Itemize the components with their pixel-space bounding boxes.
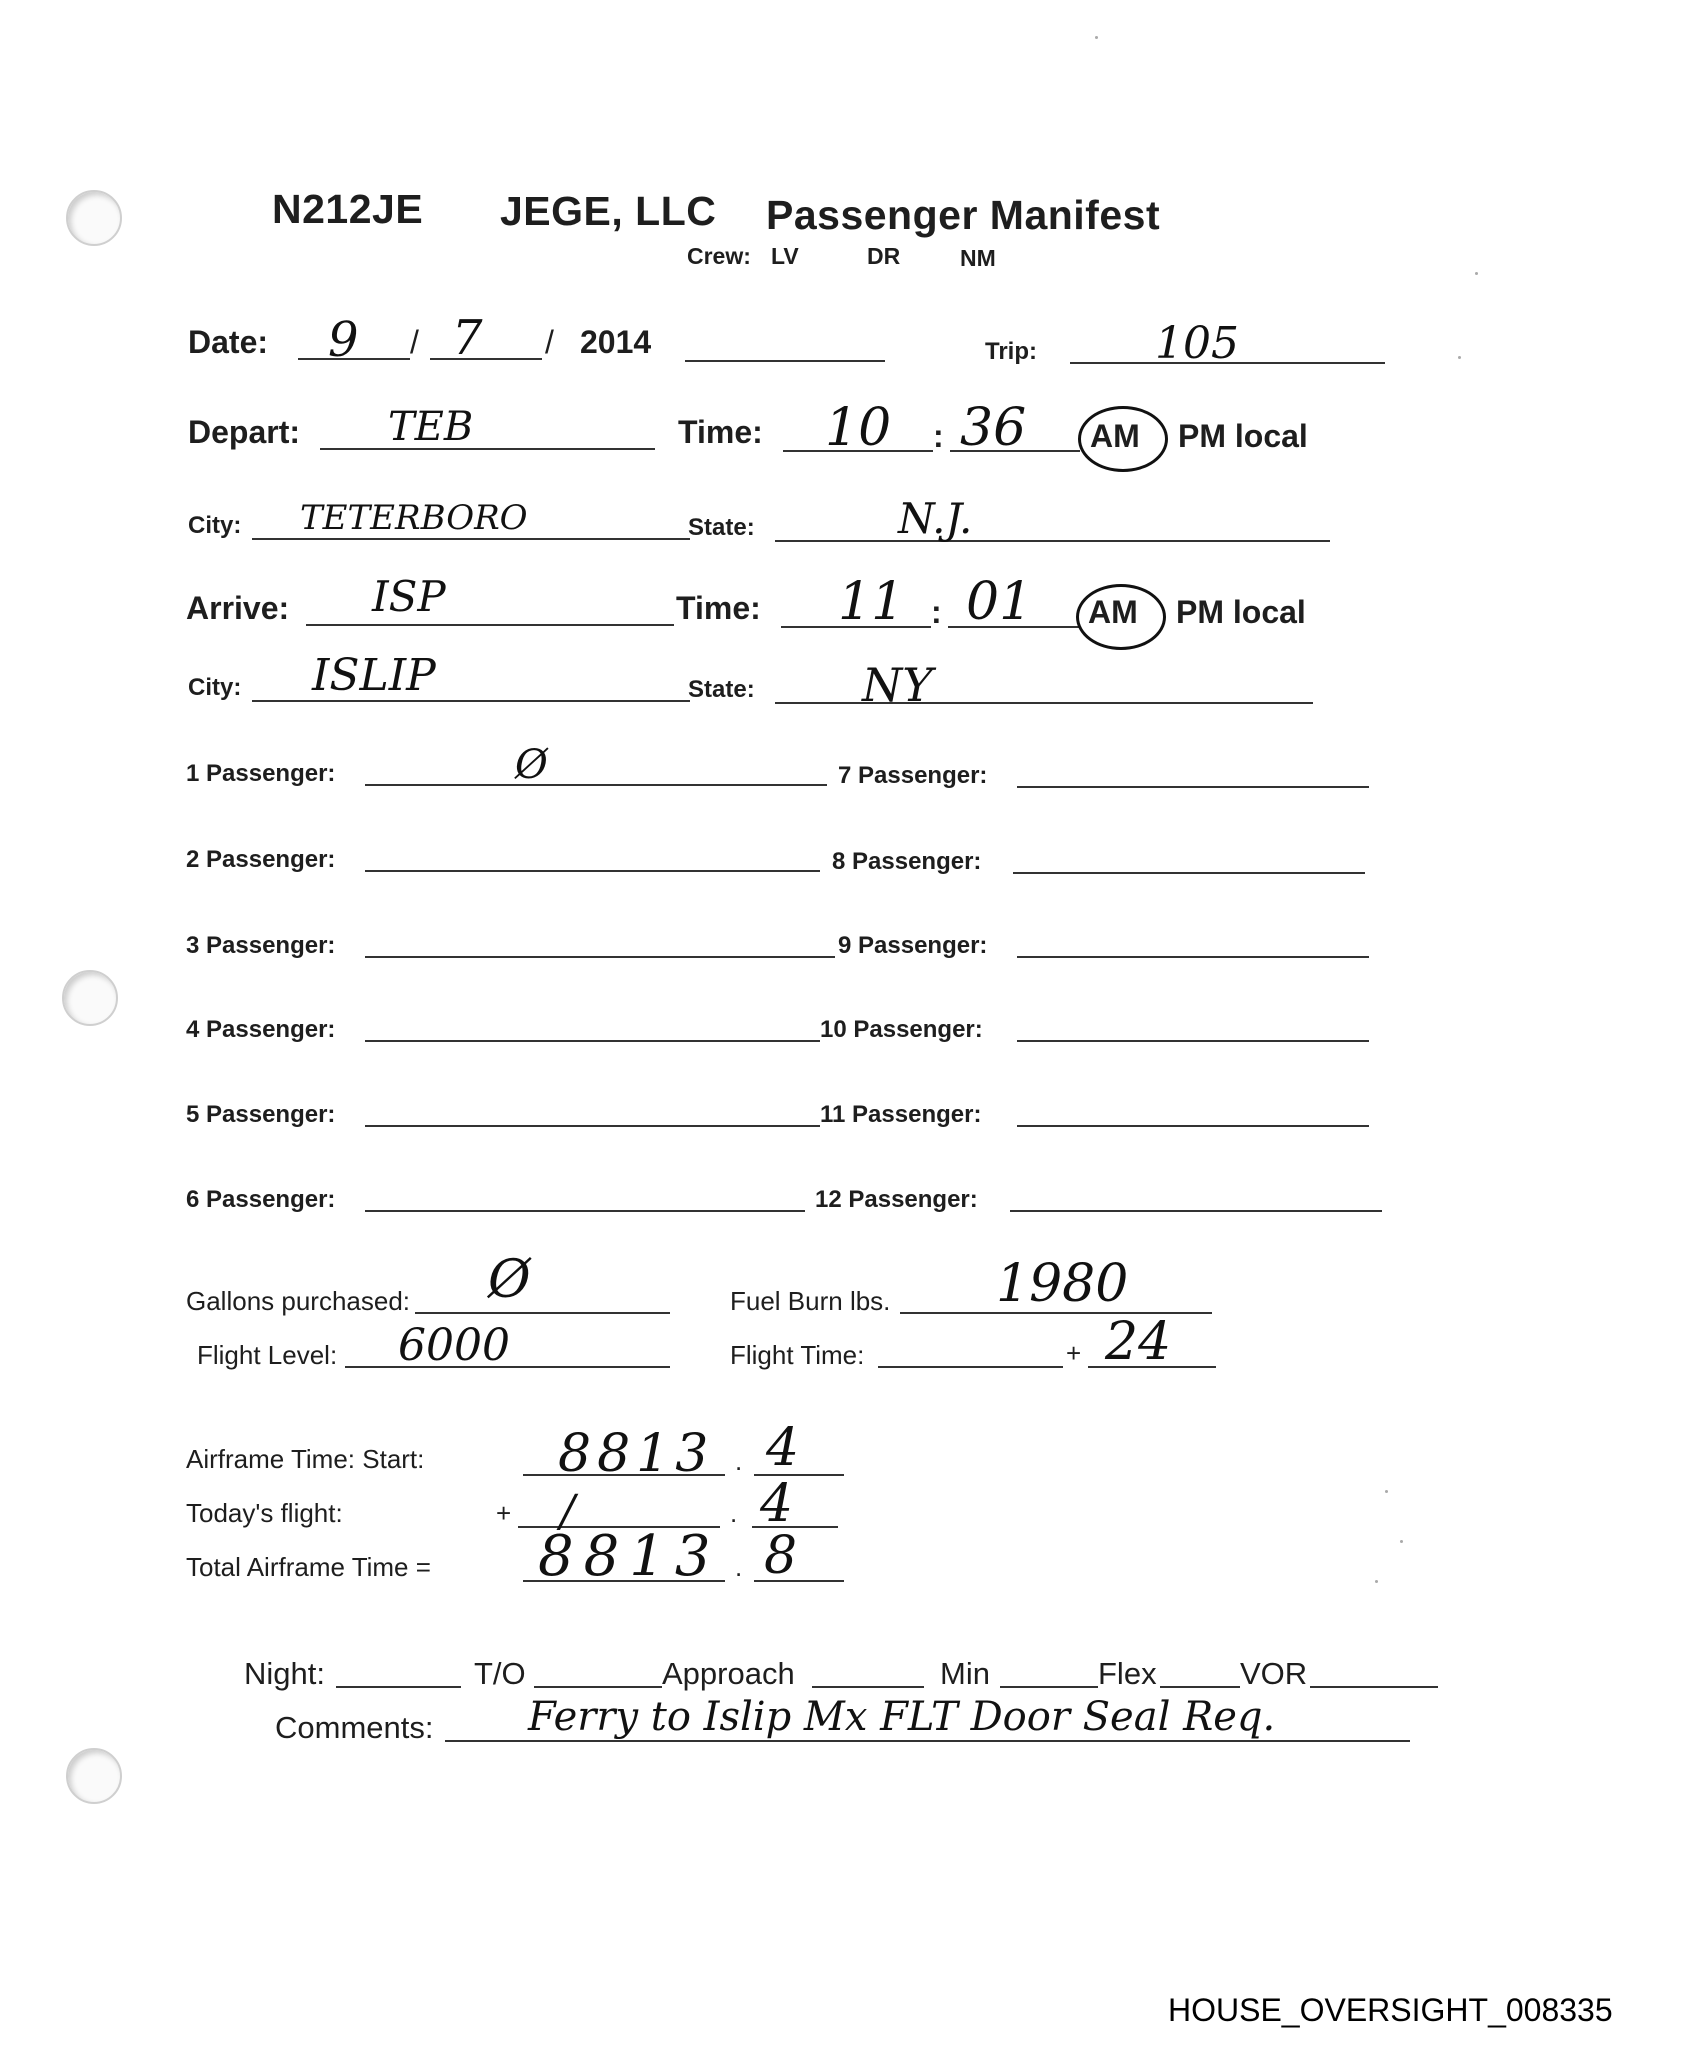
flight-level-label: Flight Level: — [197, 1340, 337, 1371]
passenger-9-label: 9 Passenger: — [838, 932, 987, 960]
total-airframe-tenth-value: 8 — [764, 1526, 797, 1586]
punch-hole-top — [66, 190, 122, 246]
scan-speck — [1095, 36, 1098, 39]
todays-flight-dot: . — [730, 1498, 737, 1529]
date-year: 2014 — [580, 324, 651, 361]
scan-speck — [1475, 272, 1478, 275]
flight-level-value: 6000 — [398, 1320, 510, 1371]
arrive-am-circle — [1076, 584, 1166, 650]
crew-label: Crew: — [687, 243, 751, 270]
scan-speck — [1458, 356, 1461, 359]
depart-time-label: Time: — [678, 414, 763, 451]
depart-state-label: State: — [688, 514, 755, 542]
flight-time-label: Flight Time: — [730, 1340, 864, 1371]
crew-member-3: NM — [960, 245, 996, 272]
date-extra-field[interactable] — [685, 360, 885, 362]
date-label: Date: — [188, 324, 268, 361]
passenger-12-label: 12 Passenger: — [815, 1186, 978, 1214]
takeoff-label: T/O — [474, 1656, 526, 1692]
passenger-11-field[interactable] — [1017, 1125, 1369, 1127]
date-day-field[interactable] — [430, 358, 542, 360]
airframe-start-dot: . — [735, 1446, 742, 1477]
passenger-8-field[interactable] — [1013, 872, 1365, 874]
gallons-purchased-value: Ø — [488, 1250, 531, 1310]
depart-city-field[interactable] — [252, 538, 690, 540]
passenger-4-label: 4 Passenger: — [186, 1016, 335, 1044]
trip-label: Trip: — [985, 338, 1037, 366]
passenger-5-label: 5 Passenger: — [186, 1101, 335, 1129]
punch-hole-bottom — [66, 1748, 122, 1804]
depart-state-field[interactable] — [775, 540, 1330, 542]
todays-flight-label: Today's flight: — [186, 1498, 343, 1529]
flex-label: Flex — [1098, 1656, 1157, 1692]
flight-time-hours-field[interactable] — [878, 1366, 1063, 1368]
comments-value: Ferry to Islip Mx FLT Door Seal Req. — [528, 1694, 1275, 1740]
fuel-burn-label: Fuel Burn lbs. — [730, 1286, 890, 1317]
total-airframe-whole-value: 8813 — [538, 1524, 721, 1589]
flight-time-plus: + — [1066, 1338, 1081, 1369]
total-airframe-label: Total Airframe Time = — [186, 1552, 431, 1583]
arrive-minute-value: 01 — [966, 572, 1032, 632]
passenger-7-label: 7 Passenger: — [838, 762, 987, 790]
date-sep-2: / — [545, 324, 554, 361]
min-field[interactable] — [1000, 1686, 1098, 1688]
tail-number: N212JE — [272, 186, 423, 233]
arrive-state-field[interactable] — [775, 702, 1313, 704]
depart-city-label: City: — [188, 512, 241, 540]
night-field[interactable] — [336, 1686, 461, 1688]
arrive-label: Arrive: — [186, 590, 289, 627]
scan-speck — [1375, 1580, 1378, 1583]
airframe-start-tenth-value: 4 — [766, 1418, 799, 1478]
night-label: Night: — [244, 1656, 325, 1692]
comments-field[interactable] — [445, 1740, 1410, 1742]
vor-field[interactable] — [1310, 1686, 1438, 1688]
total-airframe-dot: . — [735, 1552, 742, 1583]
min-label: Min — [940, 1656, 990, 1692]
airframe-start-whole-value: 8813 — [558, 1424, 714, 1484]
arrive-state-label: State: — [688, 676, 755, 704]
passenger-2-label: 2 Passenger: — [186, 846, 335, 874]
fuel-burn-value: 1980 — [996, 1254, 1128, 1314]
passenger-10-label: 10 Passenger: — [820, 1016, 983, 1044]
depart-minute-value: 36 — [960, 398, 1026, 458]
todays-flight-tenth-value: 4 — [760, 1474, 793, 1534]
comments-label: Comments: — [275, 1710, 433, 1746]
passenger-8-label: 8 Passenger: — [832, 848, 981, 876]
arrive-state-value: NY — [862, 658, 933, 712]
company-name: JEGE, LLC — [500, 188, 716, 235]
arrive-pm-local[interactable]: PM local — [1176, 594, 1306, 631]
takeoff-field[interactable] — [534, 1686, 662, 1688]
passenger-3-label: 3 Passenger: — [186, 932, 335, 960]
gallons-purchased-field[interactable] — [415, 1312, 670, 1314]
passenger-3-field[interactable] — [365, 956, 835, 958]
passenger-1-field[interactable] — [365, 784, 827, 786]
depart-value: TEB — [388, 404, 473, 450]
punch-hole-middle — [62, 970, 118, 1026]
depart-field[interactable] — [320, 448, 655, 450]
passenger-2-field[interactable] — [365, 870, 820, 872]
depart-time-colon: : — [933, 418, 944, 455]
vor-label: VOR — [1240, 1656, 1307, 1692]
form-title: Passenger Manifest — [766, 192, 1160, 239]
passenger-12-field[interactable] — [1010, 1210, 1382, 1212]
depart-city-value: TETERBORO — [300, 498, 528, 538]
arrive-time-label: Time: — [676, 590, 761, 627]
passenger-9-field[interactable] — [1017, 956, 1369, 958]
airframe-start-label: Airframe Time: Start: — [186, 1444, 424, 1475]
passenger-6-label: 6 Passenger: — [186, 1186, 335, 1214]
arrive-time-colon: : — [931, 594, 942, 631]
approach-field[interactable] — [812, 1686, 924, 1688]
todays-flight-plus: + — [496, 1498, 511, 1529]
passenger-11-label: 11 Passenger: — [820, 1101, 981, 1129]
scan-speck — [1400, 1540, 1403, 1543]
depart-label: Depart: — [188, 414, 300, 451]
crew-member-2: DR — [867, 243, 900, 270]
date-day-value: 7 — [452, 310, 483, 366]
scan-speck — [1385, 1490, 1388, 1493]
arrive-city-label: City: — [188, 674, 241, 702]
passenger-6-field[interactable] — [365, 1210, 805, 1212]
arrive-value: ISP — [372, 572, 446, 621]
passenger-4-field[interactable] — [365, 1040, 820, 1042]
depart-state-value: N.J. — [898, 494, 972, 543]
depart-am-circle — [1078, 406, 1168, 472]
passenger-5-field[interactable] — [365, 1125, 820, 1127]
depart-hour-value: 10 — [825, 398, 891, 458]
passenger-1-value: Ø — [515, 742, 548, 788]
gallons-purchased-label: Gallons purchased: — [186, 1286, 410, 1317]
arrive-hour-value: 11 — [838, 572, 904, 632]
bates-number: HOUSE_OVERSIGHT_008335 — [1168, 1992, 1613, 2029]
arrive-city-value: ISLIP — [312, 650, 436, 701]
date-sep-1: / — [410, 324, 419, 361]
arrive-field[interactable] — [306, 624, 674, 626]
depart-pm-local[interactable]: PM local — [1178, 418, 1308, 455]
flight-time-value: 24 — [1105, 1312, 1171, 1372]
crew-member-1: LV — [771, 243, 799, 270]
approach-label: Approach — [662, 1656, 795, 1692]
passenger-10-field[interactable] — [1017, 1040, 1369, 1042]
passenger-7-field[interactable] — [1017, 786, 1369, 788]
date-month-value: 9 — [328, 312, 359, 368]
flex-field[interactable] — [1160, 1686, 1240, 1688]
passenger-1-label: 1 Passenger: — [186, 760, 335, 788]
trip-value: 105 — [1155, 318, 1239, 369]
